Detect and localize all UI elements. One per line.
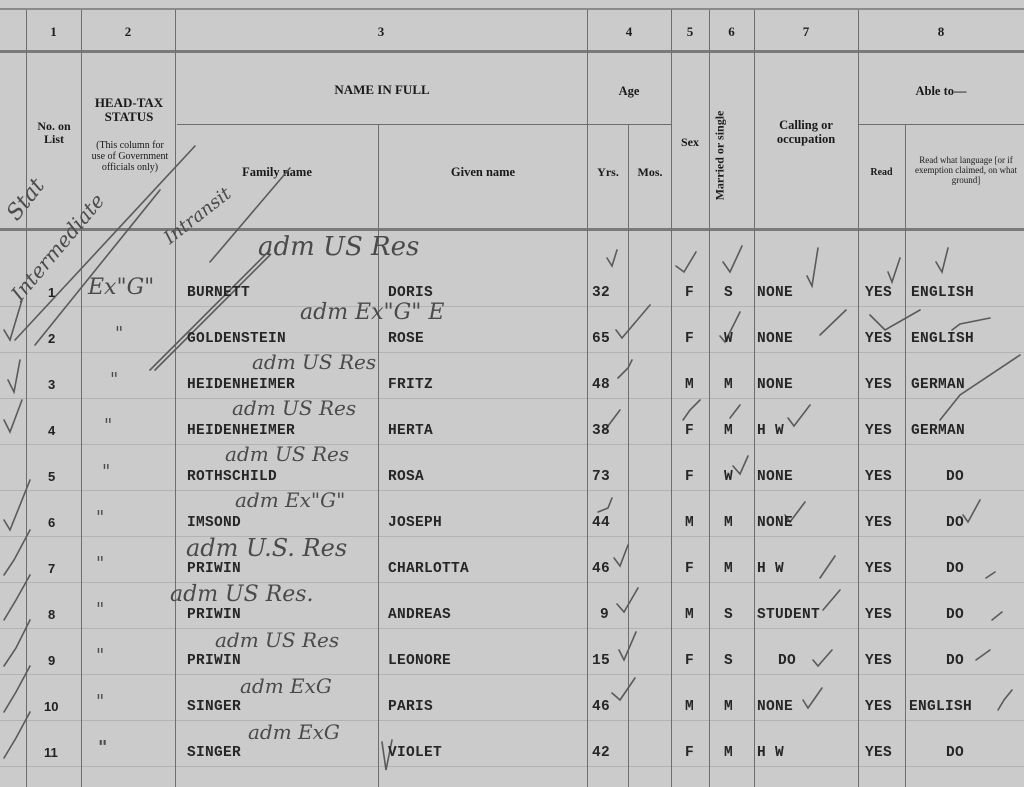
family-name: PRIWIN: [187, 607, 241, 623]
marital-status: W: [724, 331, 733, 347]
read: YES: [865, 515, 892, 531]
read-language: DO: [946, 469, 964, 485]
family-name: PRIWIN: [187, 653, 241, 669]
occupation: NONE: [757, 377, 793, 393]
row-number: 6: [48, 515, 55, 530]
sex: F: [685, 285, 694, 301]
read-language: DO: [946, 653, 964, 669]
handwritten-annotation: adm ExG: [248, 720, 340, 744]
sex: F: [685, 561, 694, 577]
row-number: 7: [48, 561, 55, 576]
given-name: ANDREAS: [388, 607, 451, 623]
sex: F: [685, 423, 694, 439]
read: YES: [865, 423, 892, 439]
head-tax-status: ": [110, 369, 118, 390]
handwritten-annotation: adm US Res: [215, 628, 339, 652]
occupation: NONE: [757, 515, 793, 531]
row-number: 5: [48, 469, 55, 484]
occupation: H W: [757, 745, 784, 761]
occupation: NONE: [757, 285, 793, 301]
row-number: 9: [48, 653, 55, 668]
marital-status: S: [724, 653, 733, 669]
handwritten-annotation: adm Ex"G": [235, 488, 345, 512]
age-years: 44: [592, 515, 610, 531]
family-name: BURNETT: [187, 285, 250, 301]
family-name: SINGER: [187, 699, 241, 715]
family-name: HEIDENHEIMER: [187, 377, 295, 393]
given-name: CHARLOTTA: [388, 561, 469, 577]
family-name: ROTHSCHILD: [187, 469, 277, 485]
head-tax-status: ": [96, 645, 104, 666]
given-name: HERTA: [388, 423, 433, 439]
read-language: DO: [946, 515, 964, 531]
age-years: 46: [592, 561, 610, 577]
read-language: ENGLISH: [911, 285, 974, 301]
marital-status: W: [724, 469, 733, 485]
row-number: 10: [44, 699, 58, 714]
family-name: GOLDENSTEIN: [187, 331, 286, 347]
read: YES: [865, 561, 892, 577]
read-language: GERMAN: [911, 377, 965, 393]
row-number: 11: [44, 745, 58, 760]
marital-status: S: [724, 607, 733, 623]
head-tax-status: ": [96, 691, 104, 712]
given-name: DORIS: [388, 285, 433, 301]
handwritten-annotation: adm Ex"G" E: [300, 300, 444, 325]
age-years: 65: [592, 331, 610, 347]
head-tax-status: ": [115, 323, 123, 344]
handwritten-annotation: adm US Res: [258, 232, 419, 262]
head-tax-status: Ex"G": [88, 275, 154, 300]
sex: M: [685, 377, 694, 393]
family-name: PRIWIN: [187, 561, 241, 577]
head-tax-status: ": [98, 737, 107, 758]
read: YES: [865, 377, 892, 393]
sex: M: [685, 607, 694, 623]
age-years: 46: [592, 699, 610, 715]
marital-status: S: [724, 285, 733, 301]
row-number: 1: [48, 285, 55, 300]
row-number: 2: [48, 331, 55, 346]
read: YES: [865, 745, 892, 761]
row-number: 8: [48, 607, 55, 622]
occupation: DO: [778, 653, 796, 669]
read-language: ENGLISH: [909, 699, 972, 715]
given-name: LEONORE: [388, 653, 451, 669]
occupation: H W: [757, 423, 784, 439]
handwritten-annotation: adm US Res: [252, 350, 376, 374]
read: YES: [865, 469, 892, 485]
head-tax-status: ": [96, 553, 104, 574]
head-tax-status: ": [102, 461, 110, 482]
age-years: 73: [592, 469, 610, 485]
given-name: VIOLET: [388, 745, 442, 761]
family-name: HEIDENHEIMER: [187, 423, 295, 439]
occupation: NONE: [757, 331, 793, 347]
sex: F: [685, 653, 694, 669]
family-name: IMSOND: [187, 515, 241, 531]
handwritten-annotation: adm US Res.: [170, 582, 314, 607]
age-years: 9: [600, 607, 609, 623]
given-name: JOSEPH: [388, 515, 442, 531]
marital-status: M: [724, 515, 733, 531]
read: YES: [865, 331, 892, 347]
sex: F: [685, 331, 694, 347]
head-tax-status: ": [96, 599, 104, 620]
read: YES: [865, 653, 892, 669]
head-tax-status: ": [104, 415, 112, 436]
occupation: NONE: [757, 699, 793, 715]
given-name: PARIS: [388, 699, 433, 715]
read-language: DO: [946, 561, 964, 577]
age-years: 42: [592, 745, 610, 761]
head-tax-status: ": [96, 507, 104, 528]
age-years: 48: [592, 377, 610, 393]
read-language: GERMAN: [911, 423, 965, 439]
read-language: DO: [946, 607, 964, 623]
given-name: ROSE: [388, 331, 424, 347]
read-language: DO: [946, 745, 964, 761]
family-name: SINGER: [187, 745, 241, 761]
sex: M: [685, 699, 694, 715]
read: YES: [865, 607, 892, 623]
handwritten-annotation: adm ExG: [240, 674, 332, 698]
age-years: 15: [592, 653, 610, 669]
occupation: NONE: [757, 469, 793, 485]
age-years: 32: [592, 285, 610, 301]
sex: M: [685, 515, 694, 531]
row-number: 3: [48, 377, 55, 392]
marital-status: M: [724, 423, 733, 439]
handwritten-annotation: adm US Res: [225, 442, 349, 466]
handwritten-annotation: adm US Res: [232, 396, 356, 420]
occupation: H W: [757, 561, 784, 577]
manifest-sheet: 1 2 3 4 5 6 7 8 No. on List HEAD-TAX STA…: [0, 0, 1024, 787]
marital-status: M: [724, 561, 733, 577]
row-number: 4: [48, 423, 55, 438]
marital-status: M: [724, 745, 733, 761]
read: YES: [865, 699, 892, 715]
read: YES: [865, 285, 892, 301]
handwritten-annotation: adm U.S. Res: [186, 534, 347, 562]
read-language: ENGLISH: [911, 331, 974, 347]
sex: F: [685, 745, 694, 761]
age-years: 38: [592, 423, 610, 439]
marital-status: M: [724, 377, 733, 393]
given-name: ROSA: [388, 469, 424, 485]
occupation: STUDENT: [757, 607, 820, 623]
sex: F: [685, 469, 694, 485]
given-name: FRITZ: [388, 377, 433, 393]
marital-status: M: [724, 699, 733, 715]
